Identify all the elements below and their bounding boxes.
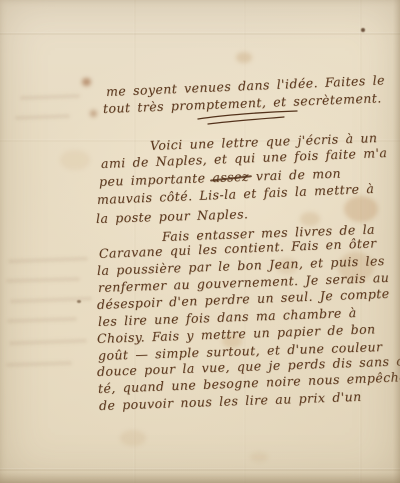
foxing-stain — [344, 196, 378, 222]
foxing-stain — [120, 430, 146, 446]
ink-showthrough — [20, 94, 80, 100]
letter-page: me soyent venues dans l'idée. Faites le … — [0, 0, 400, 483]
ink-showthrough — [15, 114, 70, 120]
foxing-stain — [90, 110, 97, 117]
foxing-stain — [60, 150, 90, 170]
double-underline-flourish — [196, 108, 300, 126]
foxing-stain — [250, 452, 268, 462]
foxing-stain — [236, 52, 252, 63]
fold-crease-horizontal-top — [0, 32, 400, 35]
ink-showthrough — [6, 361, 72, 367]
handwriting-line: la poste pour Naples. — [96, 206, 249, 226]
paper-edge-right — [393, 0, 400, 483]
foxing-stain — [82, 78, 91, 86]
struck-word: assez — [212, 169, 249, 185]
ink-speck — [361, 28, 365, 32]
line-segment: vrai de mon — [249, 166, 342, 184]
ink-showthrough — [6, 277, 80, 283]
fold-crease-horizontal-bottom — [0, 468, 400, 471]
ink-showthrough — [9, 339, 87, 346]
paper-edge-bottom — [0, 472, 400, 483]
line-segment: peu importante — [99, 170, 213, 189]
ink-showthrough — [8, 257, 88, 264]
ink-showthrough — [7, 317, 77, 323]
